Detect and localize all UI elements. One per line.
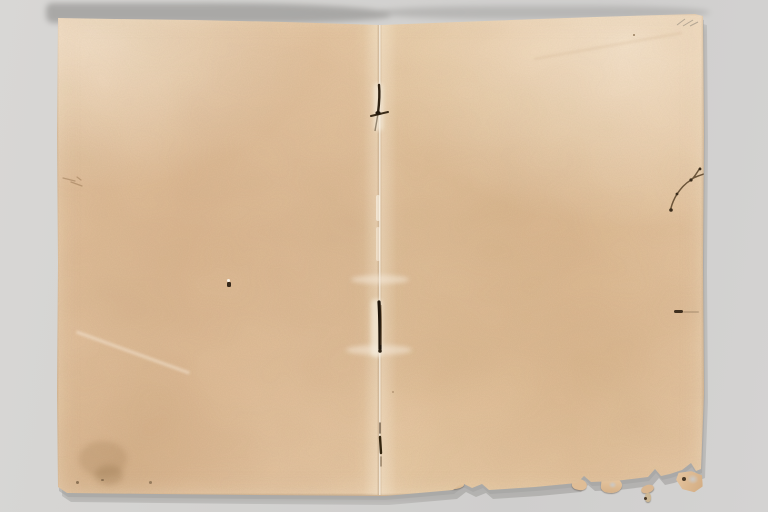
booklet-spread [55,13,705,497]
fold-highlight [376,195,380,221]
tear-dash-right-edge [674,310,683,313]
fold-highlight [376,227,380,261]
scratch-left-edge [61,172,93,190]
bottom-left-speck [149,481,152,484]
torn-fragment-speck-2 [644,497,647,500]
fold-rub-mark [351,275,409,284]
tear-dash-smudge [683,311,699,313]
bottom-left-speck [101,479,104,481]
right-page [380,13,705,497]
stitch-thread-top [370,83,392,135]
tear-mark-right-edge [664,166,706,218]
stain-bottom-left-dark [95,465,123,485]
stitch-thread-bottom [376,421,386,467]
pencil-scribble [675,15,703,29]
faint-dot-below-fold [392,391,394,393]
photograph-background [0,0,768,512]
torn-corner-speck [682,477,686,481]
bottom-left-speck [76,481,79,484]
pin-hole-dark [227,282,231,287]
small-dot-right-page [633,34,635,36]
left-page [55,13,380,497]
stitch-thread-middle [373,299,387,359]
